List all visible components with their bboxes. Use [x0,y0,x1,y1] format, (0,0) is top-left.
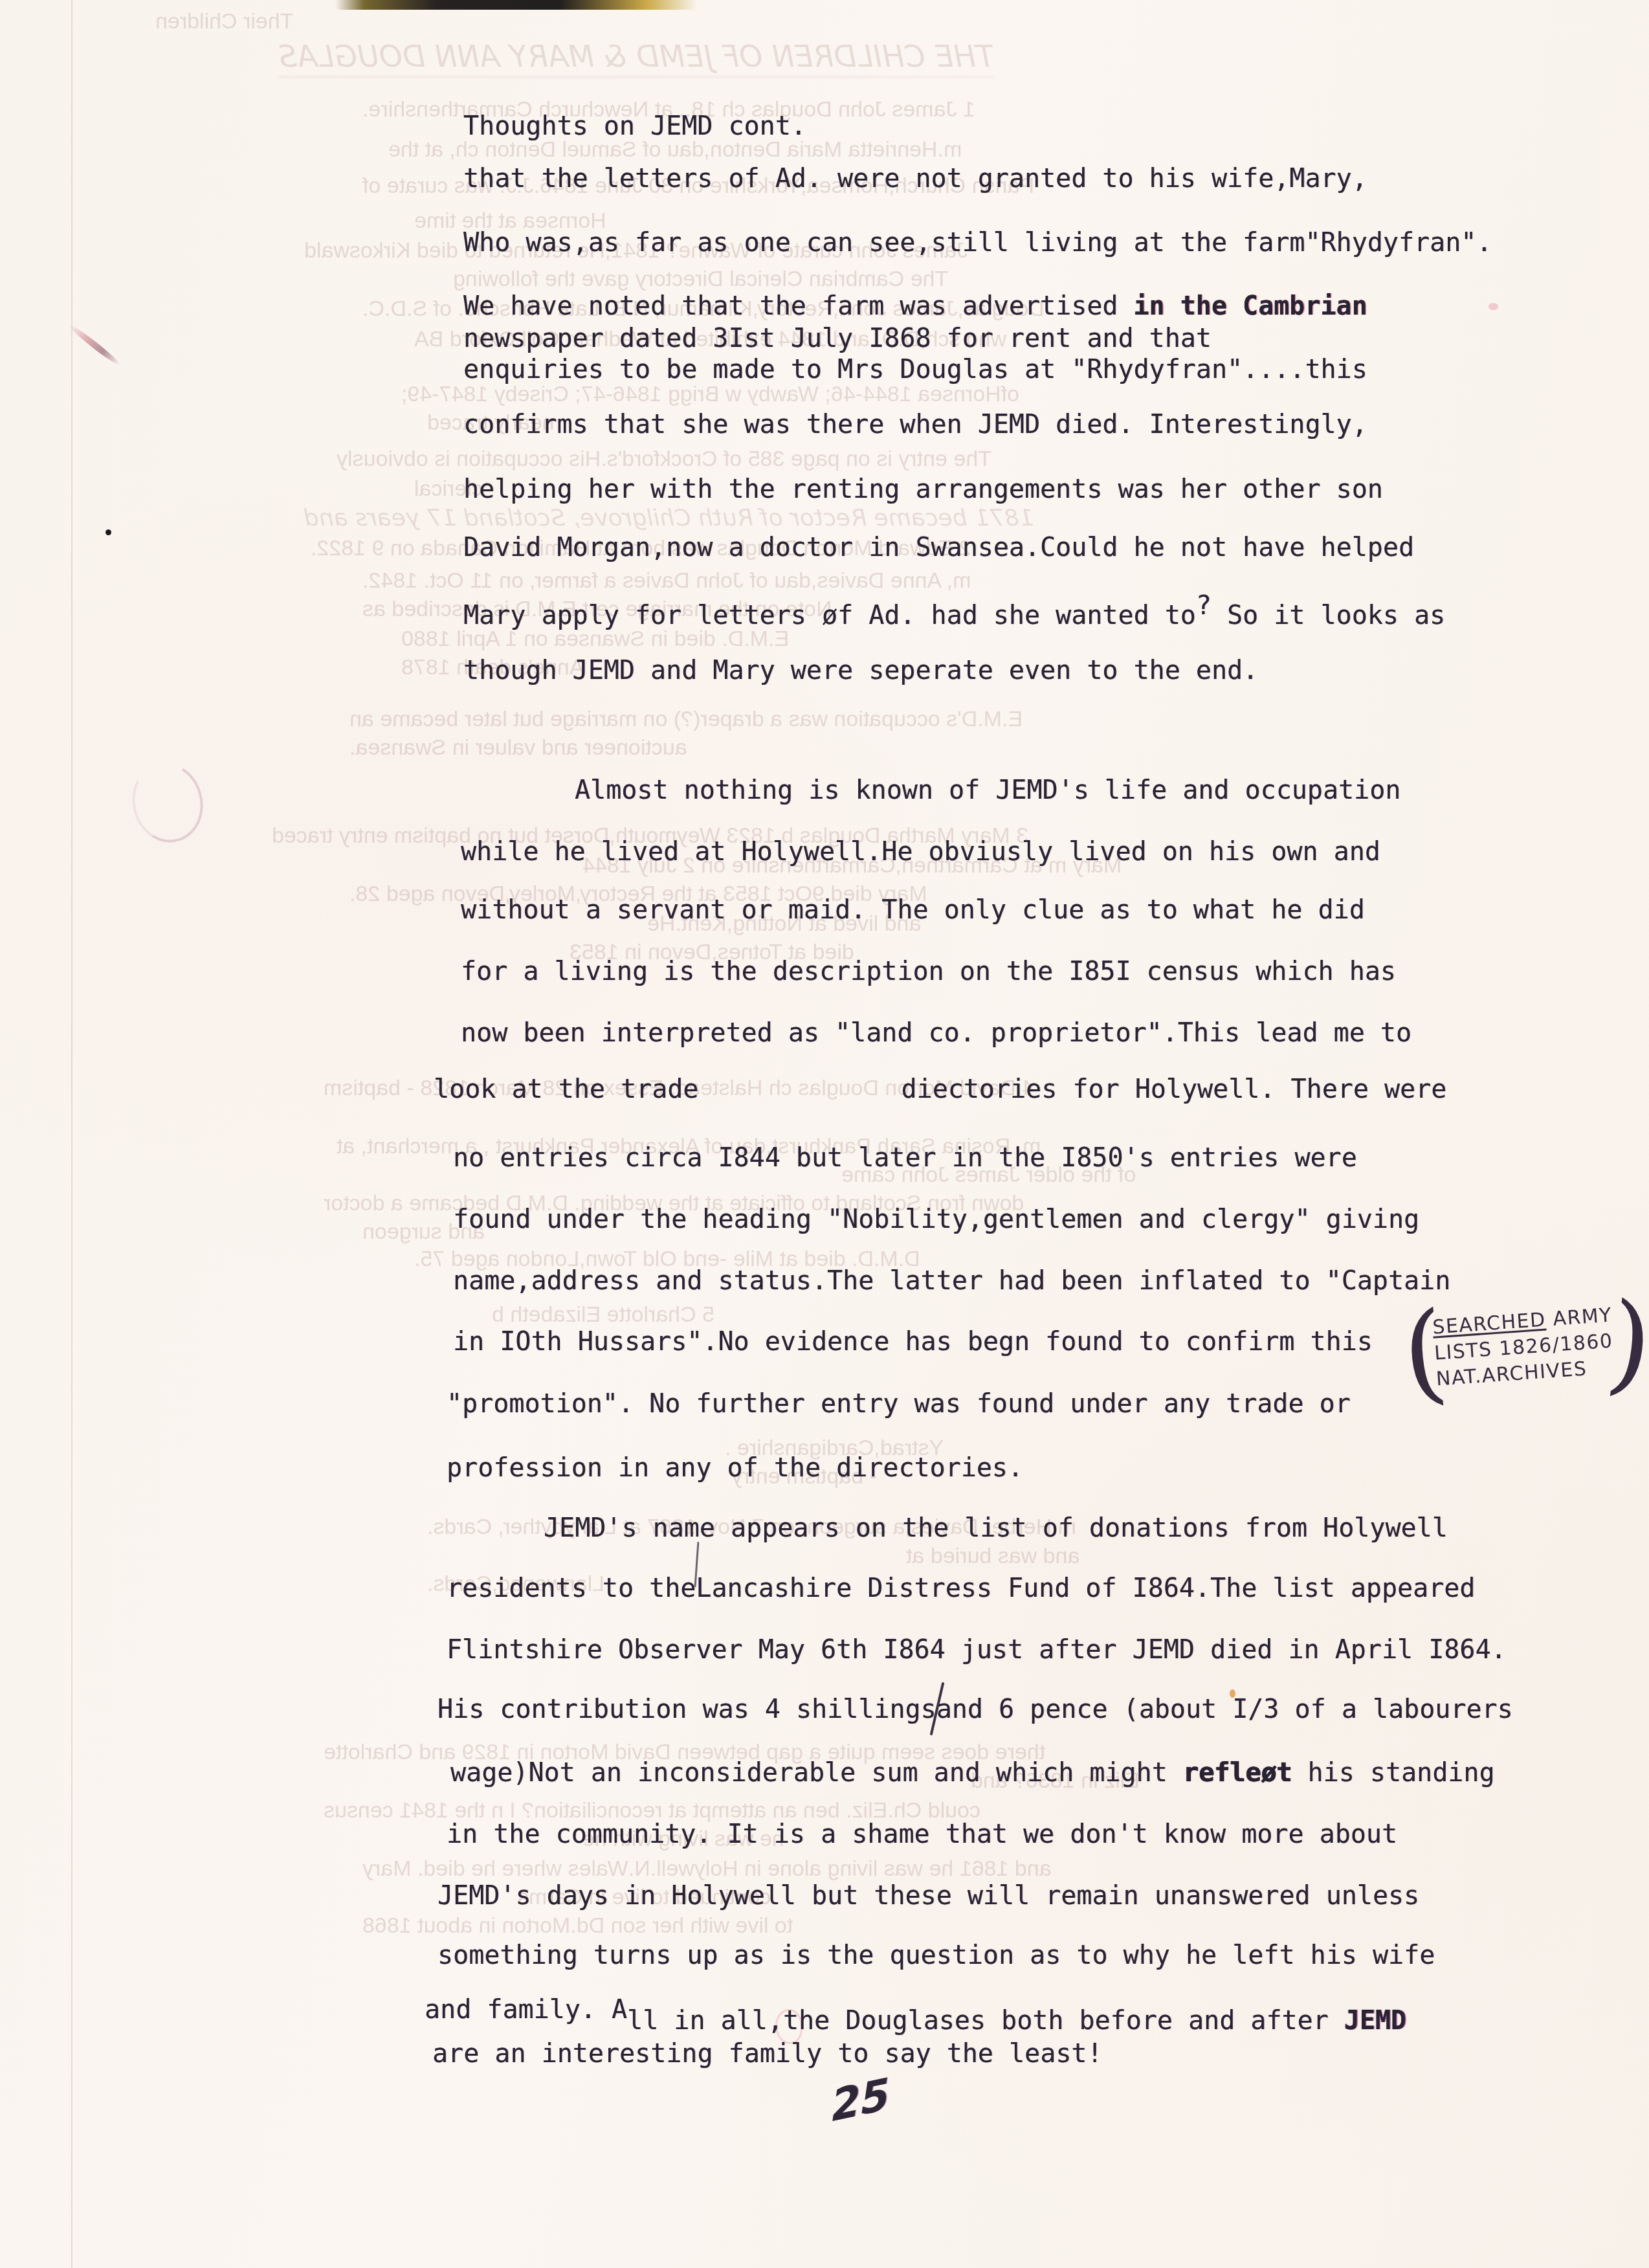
page-title: Thoughts on JEMD cont. [463,111,806,141]
bleedthrough-line: 5 Charlotte Elizabeth b [492,1302,714,1328]
typed-line: while he lived at Holywell.He obviusly l… [461,837,1380,867]
scan-edge-artifact [335,0,698,10]
typed-line: Flintshire Observer May 6th I864 just af… [447,1635,1507,1665]
faint-circle-mark [124,755,212,850]
typed-line: David Morgan,now a doctor in Swansea.Cou… [463,533,1414,562]
typed-line: Almost nothing is known of JEMD's life a… [575,775,1400,805]
typed-line: are an interesting family to say the lea… [432,2039,1103,2069]
bleedthrough-line: The entry is on page 385 of Crockford's.… [337,447,991,472]
typed-segment: So it looks as [1212,601,1445,630]
typed-line: that the letters of Ad. were not granted… [463,164,1367,194]
ink-dot [105,529,111,535]
typed-line: JEMD's name appears on the list of donat… [544,1513,1448,1543]
pink-smudge-streak [67,322,122,367]
typed-line: JEMD's days in Holywell but these will r… [437,1881,1419,1911]
typed-line: and family. All in all,the Douglases bot… [425,1995,1406,2025]
typed-segment: wage)Not an inconsiderable sum and which… [450,1758,1183,1788]
pink-speck [1489,303,1498,310]
typed-segment: JEMD [1344,2006,1406,2036]
typed-line: for a living is the description on the I… [461,957,1396,986]
page-number: 25 [831,2069,891,2131]
bleedthrough-line: and was buried at [906,1544,1079,1569]
bleedthrough-line: m, Anne Davies,dau of John Davies a farm… [362,568,971,594]
typed-segment: and family. A [425,1995,627,2025]
bleedthrough-line: E.M.D's occupation was a draper(?) on ma… [349,707,1023,732]
bleedthrough-line: auctioneer and valuer in Swansea. [349,735,687,761]
annotation-word-army: ARMY [1545,1304,1613,1331]
typed-line: profession in any of the directories. [447,1453,1023,1483]
typed-line: in the community. It is a shame that we … [447,1819,1397,1849]
typed-line: We have noted that the farm was advertis… [463,291,1367,321]
bleedthrough-line: to live with her son Dd.Morton in about … [362,1913,793,1939]
typed-line: residents to theLancashire Distress Fund… [447,1573,1475,1603]
document-page: Their ChildrenTHE CHILDREN OF JEMD & MAR… [0,0,1649,2268]
typed-segment: We have noted that the farm was advertis… [463,291,1134,321]
typed-line: His contribution was 4 shillingsand 6 pe… [437,1695,1513,1724]
typed-line: confirms that she was there when JEMD di… [463,410,1367,439]
margin-annotation: SEARCHED ARMY LISTS 1826/1860 NAT.ARCHIV… [1432,1302,1617,1392]
typed-line: in IOth Hussars".No evidence has begn fo… [453,1327,1373,1357]
typed-segment: Mary apply for letters øf Ad. had she wa… [463,601,1196,630]
typed-segment: in the Cambrian [1134,291,1367,321]
bleedthrough-line: THE CHILDREN OF JEMD & MARY ANN DOUGLAS [278,39,994,78]
typed-line: something turns up as is the question as… [437,1940,1435,1970]
typed-segment: his standing [1292,1758,1494,1788]
typed-line: found under the heading "Nobility,gentle… [453,1205,1419,1234]
typed-line: newspaper dated 3Ist July I868 for rent … [463,324,1212,353]
typed-line: "promotion". No further entry was found … [447,1389,1351,1419]
typed-line: now been interpreted as "land co. propri… [461,1018,1411,1048]
paper-crease-line [71,0,72,2268]
typed-line: though JEMD and Mary were seperate even … [463,656,1258,685]
typed-line: helping her with the renting arrangement… [463,474,1383,504]
typed-segment: ll in all,the Douglases both before and … [627,2006,1344,2036]
typed-line: name,address and status.The latter had b… [453,1266,1450,1296]
bleedthrough-line: ofHornsea 1844-46; Wawby w Brigg 1846-47… [401,382,1019,407]
typed-segment: ? [1196,591,1212,621]
typed-line: Who was,as far as one can see,still livi… [463,228,1492,258]
typed-line: without a servant or maid. The only clue… [461,895,1365,925]
bleedthrough-line: and 1861 he was living alone in Holywell… [362,1856,1052,1882]
typed-line: Mary apply for letters øf Ad. had she wa… [463,601,1445,630]
typed-segment: refleøt [1183,1758,1292,1788]
bleedthrough-line: Their Children [155,9,294,34]
bleedthrough-line: The Cambrian Clerical Directory gave the… [453,267,948,292]
typed-line: no entries circa I844 but later in the I… [453,1143,1357,1173]
bleedthrough-line: 1871 became Rector of Ruth Chilgrove, Sc… [304,505,1034,531]
typed-line: wage)Not an inconsiderable sum and which… [450,1758,1495,1788]
typed-line: look at the trade diectories for Holywel… [434,1074,1446,1104]
typed-line: enquiries to be made to Mrs Douglas at "… [463,355,1367,384]
